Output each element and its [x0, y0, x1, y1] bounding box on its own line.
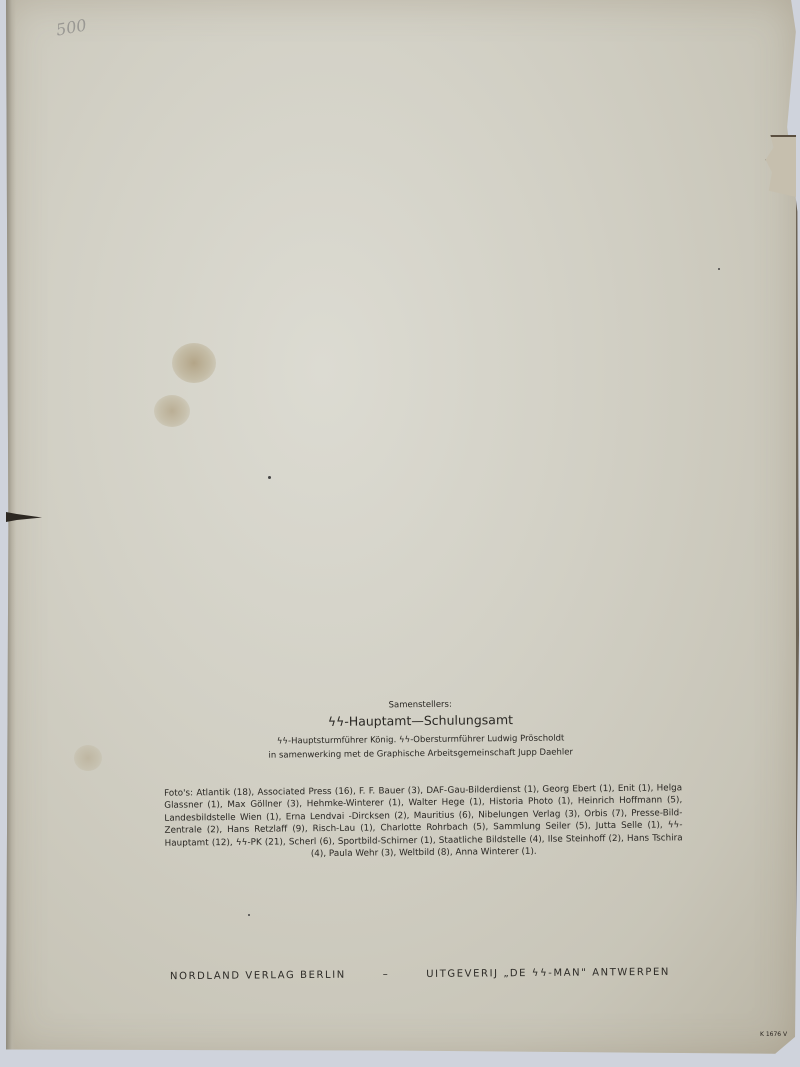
stain [74, 745, 102, 771]
publisher-left: NORDLAND VERLAG BERLIN [170, 970, 346, 983]
stain [172, 343, 216, 383]
photo-credits: Foto's: Atlantik (18), Associated Press … [156, 782, 687, 862]
speck [718, 268, 720, 270]
speck [248, 914, 250, 916]
credits-block: Samenstellers: ϟϟ-Hauptamt—Schulungsamt … [155, 697, 687, 862]
compilers-organization: ϟϟ-Hauptamt—Schulungsamt [155, 710, 685, 731]
stain [154, 395, 190, 427]
speck [268, 476, 271, 479]
catalog-code: K 1676 V [760, 1031, 787, 1038]
handwritten-note: 500 [55, 15, 88, 39]
paper-sheet: 500 Samenstellers: ϟϟ-Hauptamt—Schulungs… [6, 0, 799, 1058]
publisher-separator: – [383, 969, 390, 980]
paper-left-edge [6, 0, 16, 1055]
publisher-line: NORDLAND VERLAG BERLIN – UITGEVERIJ „DE … [170, 967, 670, 982]
publisher-right: UITGEVERIJ „DE ϟϟ-MAN" ANTWERPEN [426, 967, 670, 980]
scanned-page: 500 Samenstellers: ϟϟ-Hauptamt—Schulungs… [0, 0, 800, 1067]
